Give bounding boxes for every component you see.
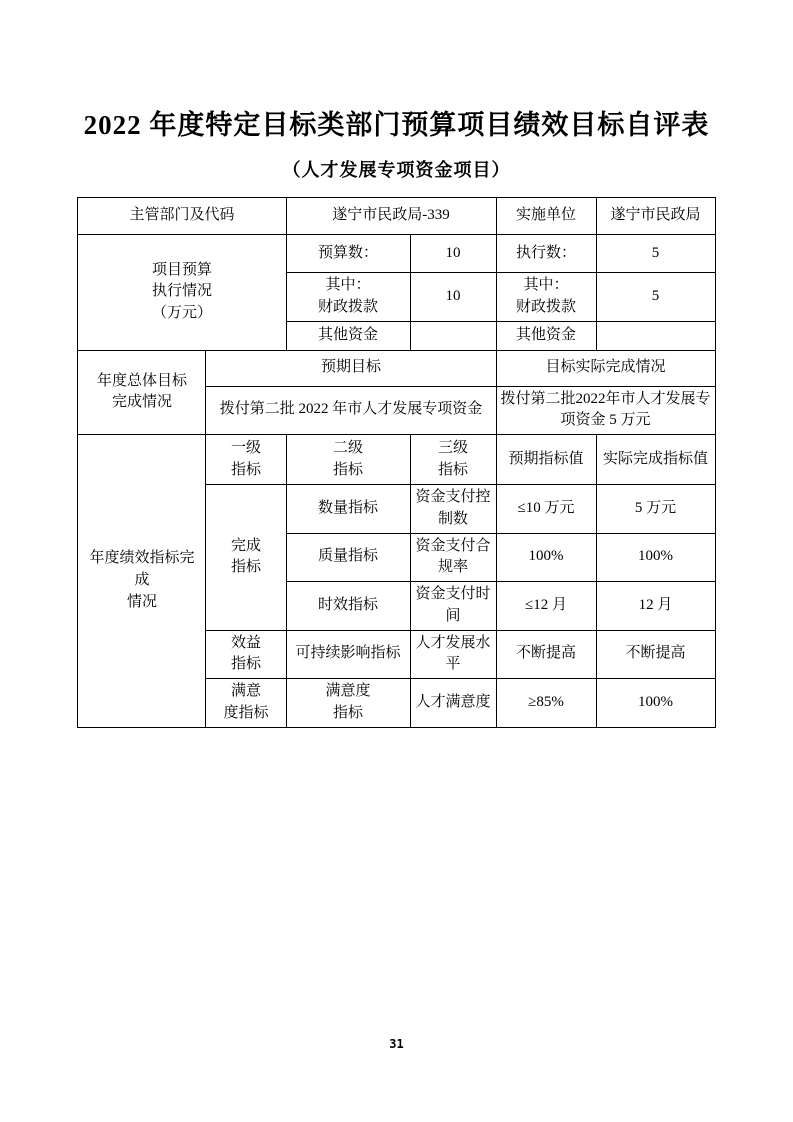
cell-indicator-level3: 人才发展水 平	[410, 630, 496, 679]
cell-indicator-expected: ≤12 月	[496, 582, 596, 631]
cell-indicator-level2: 数量指标	[286, 485, 410, 534]
cell-indicator-level1-completion: 完成 指标	[206, 485, 286, 631]
document-page: 2022 年度特定目标类部门预算项目绩效目标自评表 （人才发展专项资金项目） 主…	[0, 0, 793, 1122]
cell-budget-label: 执行数：	[496, 235, 596, 273]
cell-indicator-level2: 满意度 指标	[286, 679, 410, 728]
cell-budget-value: 5	[596, 235, 715, 273]
cell-indicator-header-level3: 三级 指标	[410, 435, 496, 485]
cell-actual-goal-value: 拨付第二批2022年市人才发展专项资金 5 万元	[496, 386, 715, 435]
cell-budget-label: 其他资金	[496, 321, 596, 350]
cell-expected-goal-value: 拨付第二批 2022 年市人才发展专项资金	[206, 386, 496, 435]
cell-indicator-header-level2: 二级 指标	[286, 435, 410, 485]
cell-dept-code-value: 遂宁市民政局-339	[286, 198, 496, 235]
cell-budget-value: 10	[410, 273, 496, 322]
cell-dept-code-label: 主管部门及代码	[78, 198, 286, 235]
table-row: 主管部门及代码 遂宁市民政局-339 实施单位 遂宁市民政局	[78, 198, 715, 235]
cell-indicator-header-actual: 实际完成指标值	[596, 435, 715, 485]
table-row: 项目预算 执行情况 （万元） 预算数： 10 执行数： 5	[78, 235, 715, 273]
cell-indicator-level2: 质量指标	[286, 533, 410, 582]
cell-indicator-expected: ≥85%	[496, 679, 596, 728]
table-row: 年度总体目标 完成情况 预期目标 目标实际完成情况	[78, 350, 715, 386]
cell-indicator-header-expected: 预期指标值	[496, 435, 596, 485]
page-number: 31	[0, 1037, 793, 1051]
cell-indicator-level3: 资金支付控 制数	[410, 485, 496, 534]
cell-budget-value	[410, 321, 496, 350]
cell-indicators-section-label: 年度绩效指标完成 情况	[78, 435, 206, 728]
cell-budget-section-label: 项目预算 执行情况 （万元）	[78, 235, 286, 351]
cell-indicator-level2: 可持续影响指标	[286, 630, 410, 679]
cell-impl-unit-label: 实施单位	[496, 198, 596, 235]
cell-indicator-actual: 100%	[596, 533, 715, 582]
cell-indicator-level3: 人才满意度	[410, 679, 496, 728]
cell-budget-value: 5	[596, 273, 715, 322]
cell-indicator-actual: 不断提高	[596, 630, 715, 679]
cell-budget-value: 10	[410, 235, 496, 273]
cell-indicator-expected: ≤10 万元	[496, 485, 596, 534]
cell-indicator-level3: 资金支付时 间	[410, 582, 496, 631]
cell-indicator-level3: 资金支付合 规率	[410, 533, 496, 582]
page-subtitle: （人才发展专项资金项目）	[0, 156, 793, 182]
cell-actual-goal-header: 目标实际完成情况	[496, 350, 715, 386]
cell-annual-goal-section-label: 年度总体目标 完成情况	[78, 350, 206, 435]
cell-indicator-expected: 不断提高	[496, 630, 596, 679]
cell-indicator-expected: 100%	[496, 533, 596, 582]
cell-impl-unit-value: 遂宁市民政局	[596, 198, 715, 235]
cell-budget-label: 其他资金	[286, 321, 410, 350]
cell-indicator-level1-benefit: 效益 指标	[206, 630, 286, 679]
cell-indicator-actual: 100%	[596, 679, 715, 728]
page-title: 2022 年度特定目标类部门预算项目绩效目标自评表	[0, 108, 793, 143]
cell-indicator-level1-satisfaction: 满意 度指标	[206, 679, 286, 728]
cell-budget-label: 其中： 财政拨款	[496, 273, 596, 322]
table-row: 年度绩效指标完成 情况 一级 指标 二级 指标 三级 指标 预期指标值 实际完成…	[78, 435, 715, 485]
self-evaluation-table: 主管部门及代码 遂宁市民政局-339 实施单位 遂宁市民政局 项目预算 执行情况…	[77, 197, 715, 728]
cell-budget-value	[596, 321, 715, 350]
cell-indicator-actual: 12 月	[596, 582, 715, 631]
cell-indicator-level2: 时效指标	[286, 582, 410, 631]
cell-budget-label: 预算数：	[286, 235, 410, 273]
cell-expected-goal-header: 预期目标	[206, 350, 496, 386]
cell-indicator-header-level1: 一级 指标	[206, 435, 286, 485]
cell-indicator-actual: 5 万元	[596, 485, 715, 534]
cell-budget-label: 其中： 财政拨款	[286, 273, 410, 322]
